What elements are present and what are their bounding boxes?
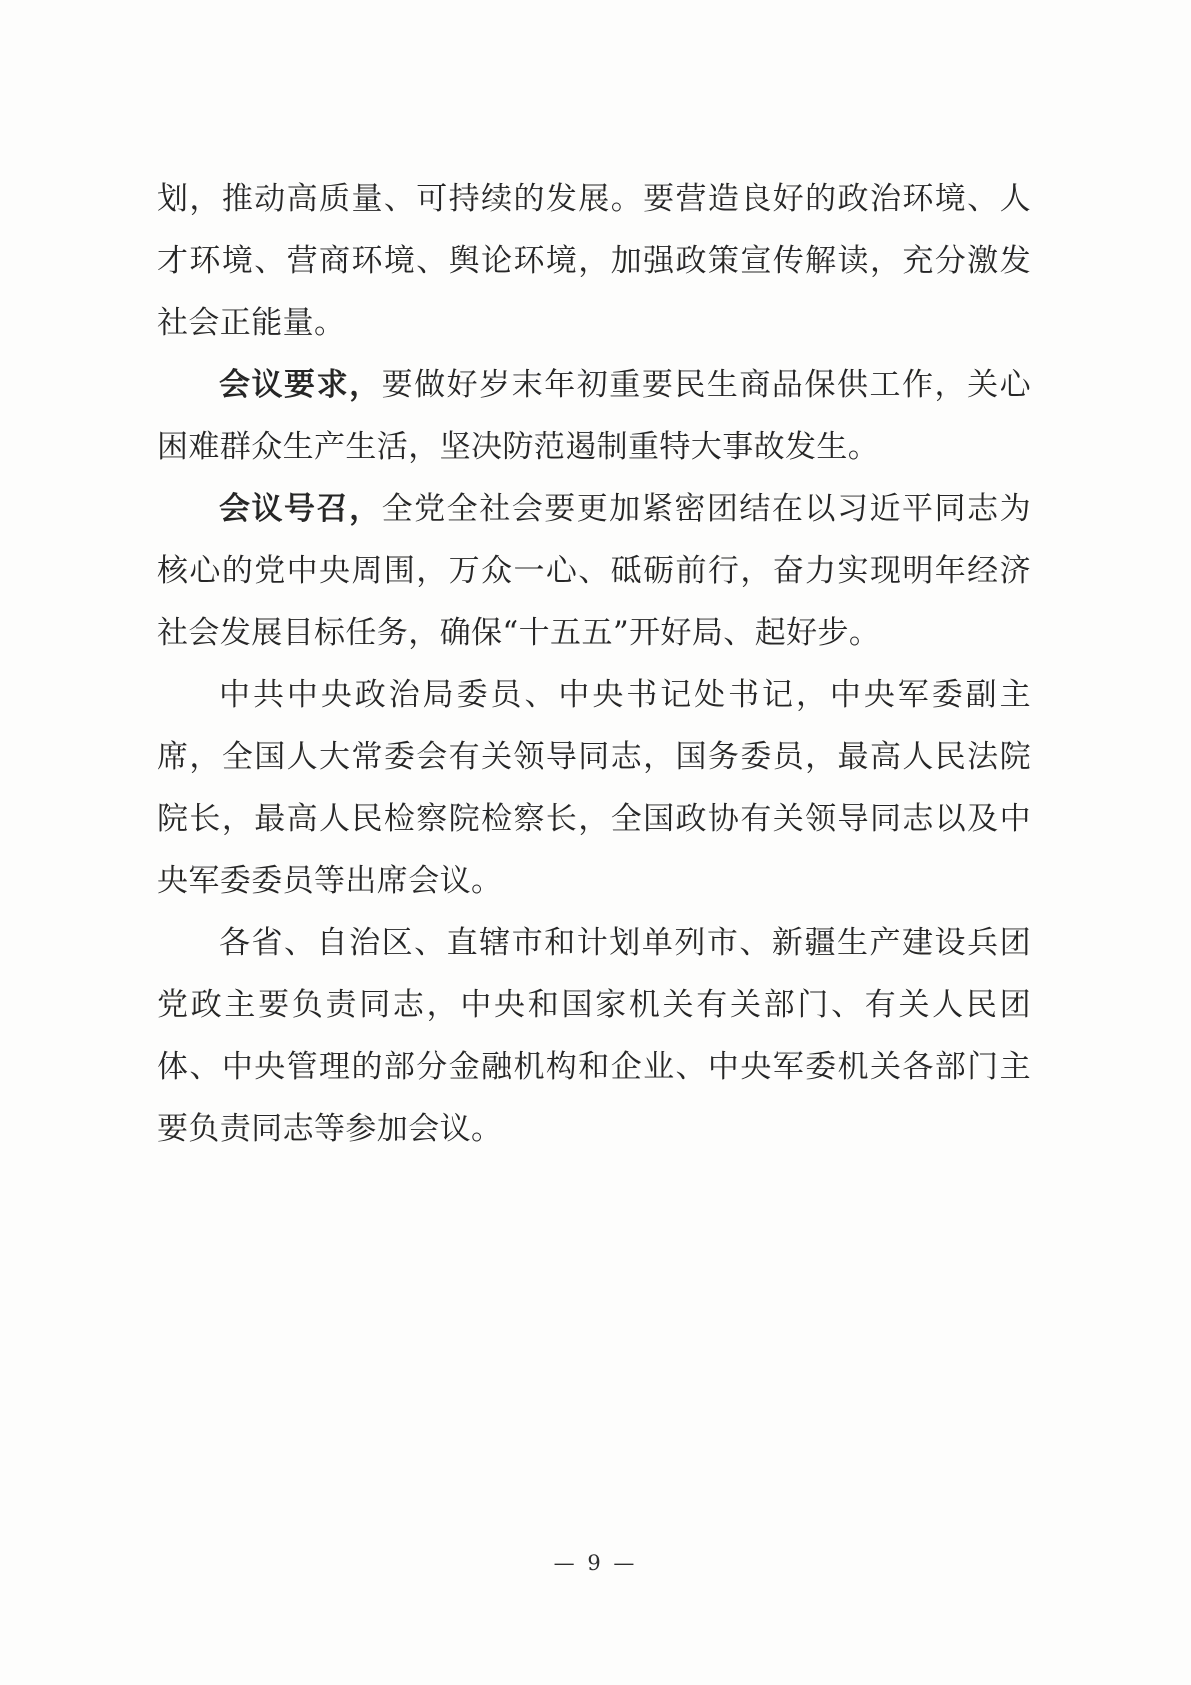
paragraph: 会议号召，全党全社会要更加紧密团结在以习近平同志为核心的党中央周围，万众一心、砥… [157, 478, 1031, 664]
paragraph-text: 各省、自治区、直辖市和计划单列市、新疆生产建设兵团党政主要负责同志，中央和国家机… [157, 925, 1031, 1147]
paragraph-text: 中共中央政治局委员、中央书记处书记，中央军委副主席，全国人大常委会有关领导同志，… [157, 677, 1031, 899]
page-footer: — 9 — [0, 1551, 1191, 1575]
paragraph: 会议要求，要做好岁末年初重要民生商品保供工作，关心困难群众生产生活，坚决防范遏制… [157, 354, 1031, 478]
page-number: — 9 — [554, 1551, 638, 1575]
document-page: 划，推动高质量、可持续的发展。要营造良好的政治环境、人才环境、营商环境、舆论环境… [0, 0, 1191, 1685]
paragraph-lead: 会议要求， [219, 367, 382, 403]
paragraph-lead: 会议号召， [219, 491, 382, 527]
document-body: 划，推动高质量、可持续的发展。要营造良好的政治环境、人才环境、营商环境、舆论环境… [157, 168, 1031, 1160]
paragraph: 各省、自治区、直辖市和计划单列市、新疆生产建设兵团党政主要负责同志，中央和国家机… [157, 912, 1031, 1160]
paragraph-text: 划，推动高质量、可持续的发展。要营造良好的政治环境、人才环境、营商环境、舆论环境… [157, 181, 1031, 341]
paragraph: 中共中央政治局委员、中央书记处书记，中央军委副主席，全国人大常委会有关领导同志，… [157, 664, 1031, 912]
paragraph: 划，推动高质量、可持续的发展。要营造良好的政治环境、人才环境、营商环境、舆论环境… [157, 168, 1031, 354]
